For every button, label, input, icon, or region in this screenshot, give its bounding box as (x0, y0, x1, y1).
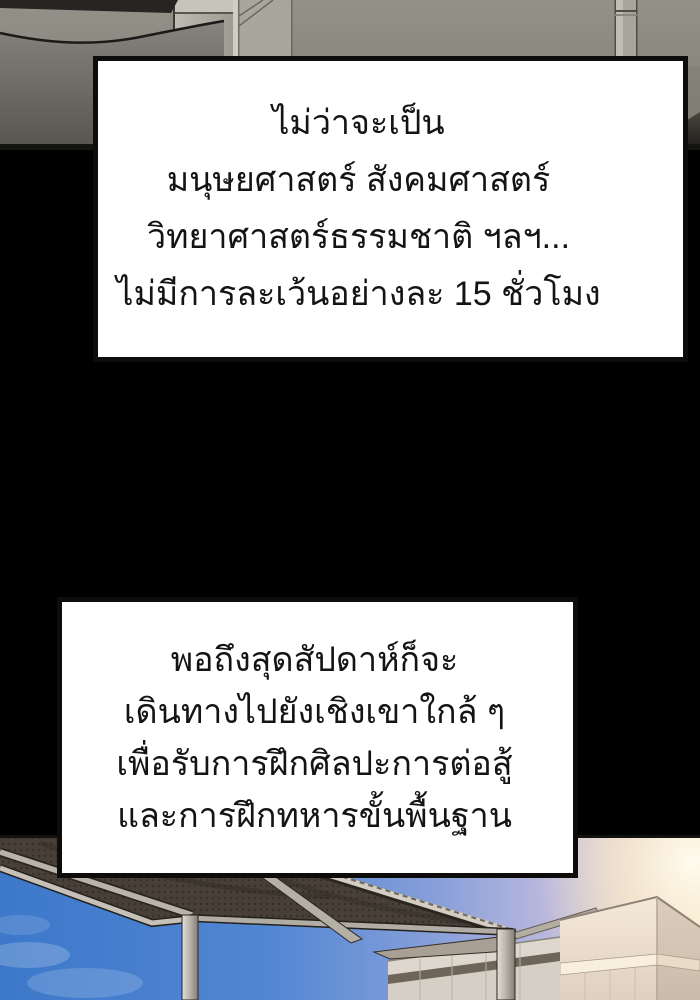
comic-page: ไม่ว่าจะเป็น มนุษยศาสตร์ สังคมศาสตร์ วิท… (0, 0, 700, 1000)
narration-line: ไม่มีการละเว้นอย่างละ 15 ชั่วโมง (98, 266, 619, 323)
narration-line: มนุษยศาสตร์ สังคมศาสตร์ (98, 152, 619, 209)
support-post-right (497, 929, 515, 1000)
narration-line: ไม่ว่าจะเป็น (98, 95, 619, 152)
support-post-left (182, 915, 198, 1000)
narration-line: เดินทางไปยังเชิงเขาใกล้ ๆ (62, 686, 567, 738)
cloud (27, 968, 143, 998)
narration-box-2: พอถึงสุดสัปดาห์ก็จะ เดินทางไปยังเชิงเขาใ… (57, 597, 578, 878)
narration-line: และการฝึกทหารขั้นพื้นฐาน (62, 790, 567, 842)
narration-line: เพื่อรับการฝึกศิลปะการต่อสู้ (62, 738, 567, 790)
narration-box-1: ไม่ว่าจะเป็น มนุษยศาสตร์ สังคมศาสตร์ วิท… (93, 56, 688, 362)
narration-line: วิทยาศาสตร์ธรรมชาติ ฯลฯ... (98, 209, 619, 266)
wall-block (240, 0, 293, 56)
narration-line: พอถึงสุดสัปดาห์ก็จะ (62, 634, 567, 686)
